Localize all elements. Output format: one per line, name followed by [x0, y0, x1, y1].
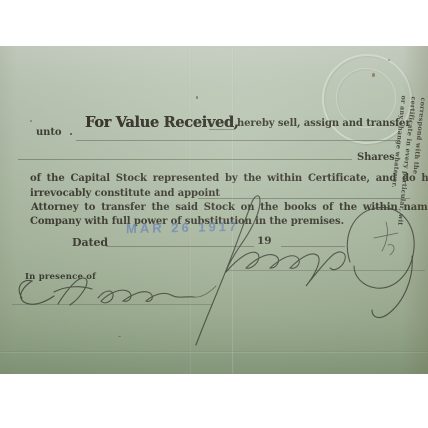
heading-continuation: hereby sell, assign and transfer [237, 118, 411, 129]
paper-speck [388, 59, 390, 61]
horizontal-fold-crease [0, 351, 428, 353]
certificate-photo: For Value Received, hereby sell, assign … [0, 46, 428, 374]
witness-signature-line [12, 304, 212, 305]
stray-ink-dot [70, 133, 72, 135]
date-stamp: MAR 26 1917 [126, 219, 239, 236]
dated-label: Dated [72, 236, 108, 249]
line-irrevocably: irrevocably constitute and appoint [30, 188, 220, 199]
blank-line-unto [76, 140, 400, 141]
blank-line-year [281, 246, 345, 247]
paper-speck [372, 73, 375, 77]
paper-speck [30, 120, 32, 122]
unto-label: unto [36, 127, 61, 138]
paper-speck [196, 96, 198, 99]
blank-line-dated [106, 246, 254, 247]
line-capital-stock: of the Capital Stock represented by the … [30, 173, 428, 184]
blank-line-short [209, 129, 235, 130]
blank-line-attorney [198, 198, 410, 199]
blank-line-shares [18, 159, 352, 160]
year-prefix: 19 [257, 235, 271, 247]
line-attorney: Attorney to transfer the said Stock on t… [31, 202, 428, 213]
witness-label: In presence of [25, 272, 96, 282]
paper-speck [118, 336, 121, 337]
assignor-signature-line [228, 270, 425, 271]
witness-signature [19, 278, 216, 305]
shares-label: Shares [357, 152, 395, 163]
